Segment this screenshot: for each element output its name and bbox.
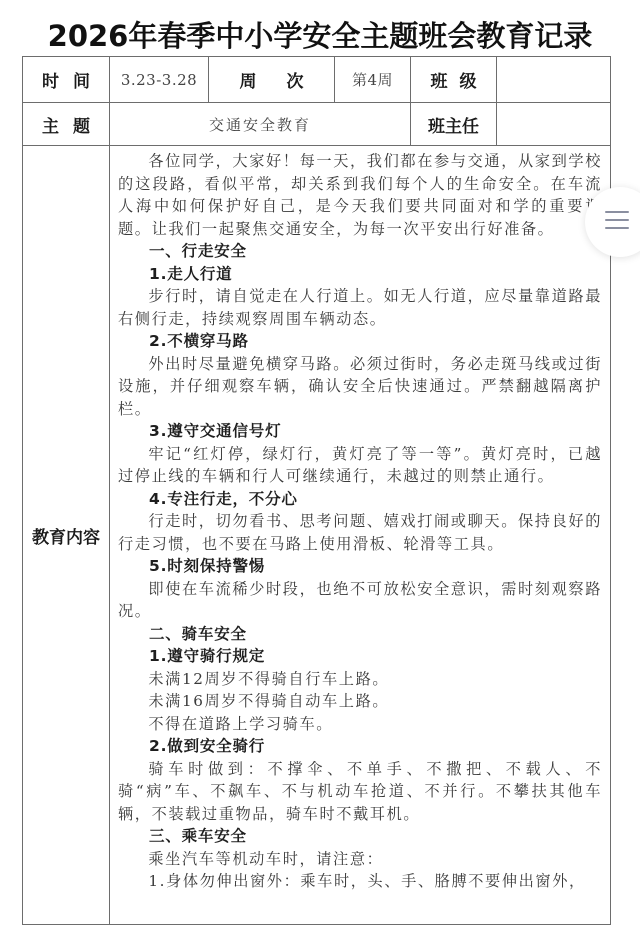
content-row: 教育内容 各位同学，大家好！每一天，我们都在参与交通，从家到学校的这段路，看似平…	[23, 146, 611, 925]
content-paragraph: 不得在道路上学习骑车。	[118, 713, 602, 736]
topic-value: 交通安全教育	[110, 103, 411, 146]
content-paragraph: 即使在车流稀少时段，也绝不可放松安全意识，需时刻观察路况。	[118, 578, 602, 623]
content-label: 教育内容	[23, 146, 110, 925]
teacher-value	[497, 103, 611, 146]
class-label: 班级	[411, 57, 497, 103]
teacher-label: 班主任	[411, 103, 497, 146]
section-heading: 4.专注行走，不分心	[118, 488, 602, 511]
header-row-1: 时间 3.23-3.28 周次 第4周 班级	[23, 57, 611, 103]
week-label: 周次	[209, 57, 335, 103]
content-paragraph: 步行时，请自觉走在人行道上。如无人行道，应尽量靠道路最右侧行走，持续观察周围车辆…	[118, 285, 602, 330]
topic-label: 主题	[23, 103, 110, 146]
page-title: 2026年春季中小学安全主题班会教育记录	[0, 14, 640, 55]
education-content: 各位同学，大家好！每一天，我们都在参与交通，从家到学校的这段路，看似平常，却关系…	[110, 146, 610, 924]
content-paragraph: 各位同学，大家好！每一天，我们都在参与交通，从家到学校的这段路，看似平常，却关系…	[118, 150, 602, 240]
content-paragraph: 乘坐汽车等机动车时，请注意：	[118, 848, 602, 871]
section-heading: 2.做到安全骑行	[118, 735, 602, 758]
week-value: 第4周	[335, 57, 411, 103]
time-label: 时间	[23, 57, 110, 103]
section-heading: 一、行走安全	[118, 240, 602, 263]
content-paragraph: 行走时，切勿看书、思考问题、嬉戏打闹或聊天。保持良好的行走习惯，也不要在马路上使…	[118, 510, 602, 555]
content-paragraph: 外出时尽量避免横穿马路。必须过街时，务必走斑马线或过街设施，并仔细观察车辆，确认…	[118, 353, 602, 421]
section-heading: 2.不横穿马路	[118, 330, 602, 353]
section-heading: 1.走人行道	[118, 263, 602, 286]
header-row-2: 主题 交通安全教育 班主任	[23, 103, 611, 146]
section-heading: 3.遵守交通信号灯	[118, 420, 602, 443]
content-paragraph: 未满12周岁不得骑自行车上路。	[118, 668, 602, 691]
content-paragraph: 1.身体勿伸出窗外：乘车时，头、手、胳膊不要伸出窗外，	[118, 870, 602, 893]
content-paragraph: 未满16周岁不得骑自动车上路。	[118, 690, 602, 713]
section-heading: 二、骑车安全	[118, 623, 602, 646]
content-cell: 各位同学，大家好！每一天，我们都在参与交通，从家到学校的这段路，看似平常，却关系…	[110, 146, 611, 925]
time-value: 3.23-3.28	[110, 57, 209, 103]
record-table: 时间 3.23-3.28 周次 第4周 班级 主题 交通安全教育 班主任 教育内…	[22, 56, 611, 925]
hamburger-menu-icon	[605, 211, 629, 235]
section-heading: 三、乘车安全	[118, 825, 602, 848]
section-heading: 5.时刻保持警惕	[118, 555, 602, 578]
content-paragraph: 牢记“红灯停，绿灯行，黄灯亮了等一等”。黄灯亮时，已越过停止线的车辆和行人可继续…	[118, 443, 602, 488]
section-heading: 1.遵守骑行规定	[118, 645, 602, 668]
class-value	[497, 57, 611, 103]
content-paragraph: 骑车时做到：不撑伞、不单手、不撒把、不载人、不骑“病”车、不飙车、不与机动车抢道…	[118, 758, 602, 826]
